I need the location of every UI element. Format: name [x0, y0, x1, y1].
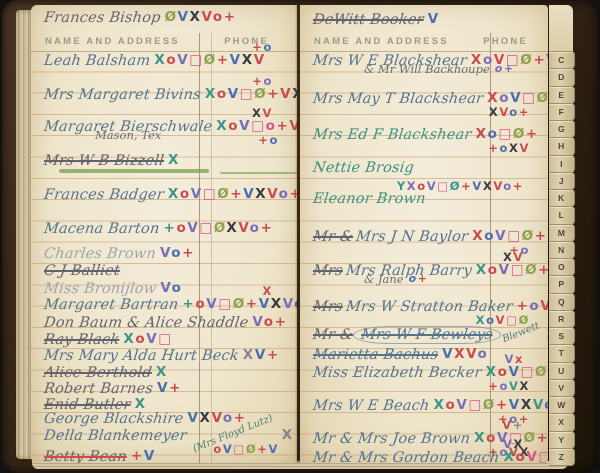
mark-glyph: X — [476, 126, 488, 142]
mark-glyph: X — [489, 105, 499, 119]
entry-row: Mrs W E BlackshearXoV□Ø+VV& Mr Will Back… — [312, 52, 548, 76]
tab-c[interactable]: C — [549, 51, 575, 69]
tab-k[interactable]: K — [549, 189, 575, 207]
mark-glyph: Ø — [535, 364, 548, 380]
mark-glyph: Ø — [254, 86, 267, 102]
mark-glyph: V — [509, 379, 520, 393]
left-page: NAME AND ADDRESS PHONE Frances BishopØVX… — [31, 5, 297, 463]
mark-glyph: + — [261, 220, 274, 236]
tab-v[interactable]: V — [549, 379, 575, 397]
mark-glyph: o — [266, 118, 277, 134]
mark-glyph: X — [271, 296, 283, 312]
mark-glyph: V — [187, 220, 199, 236]
entry-name: Marietta Bachus — [312, 347, 439, 363]
mark-glyph: X — [503, 250, 513, 264]
entry-name: George Blackshire — [43, 411, 184, 427]
mark-glyph: o — [417, 179, 427, 193]
tab-d[interactable]: D — [549, 68, 575, 86]
mark-glyph: + — [182, 245, 195, 261]
mark-glyph: V — [472, 179, 483, 193]
mark-glyph: Ø — [450, 179, 461, 193]
entry-name: Mrs Mary Alda Hurt Beck — [43, 348, 240, 364]
entry-name: Margaret Bierschwale — [43, 119, 213, 135]
entry-marks: +oV□Ø+VXVo — [182, 296, 297, 312]
mark-glyph: V — [428, 11, 440, 27]
mark-glyph: V — [243, 186, 255, 202]
mark-glyph: o — [269, 133, 279, 147]
mark-glyph: V — [238, 220, 249, 236]
mark-glyph: V — [502, 418, 513, 432]
mark-glyph: Y — [397, 179, 407, 193]
entry-marks: VXVo — [442, 346, 488, 362]
mark-glyph: + — [533, 52, 546, 68]
entry-marks: XoV□Ø+VX — [472, 228, 548, 244]
tab-q[interactable]: Q — [549, 293, 575, 311]
entry-marks: X — [282, 427, 294, 443]
mark-glyph: V — [230, 52, 242, 68]
mark-glyph: + — [488, 379, 499, 393]
mark-glyph: X — [168, 186, 180, 202]
mark-glyph: V — [503, 437, 514, 451]
mark-glyph: o — [509, 105, 519, 119]
entry-name: Ray Black — [43, 332, 120, 348]
mark-glyph: □ — [507, 228, 521, 244]
tab-m[interactable]: M — [549, 224, 575, 242]
entry-row: Margaret BierschwaleXoV□o+VXV+oMason, Te… — [43, 118, 297, 142]
mark-glyph: X — [509, 141, 519, 155]
mark-glyph: X — [407, 179, 417, 193]
mark-glyph: V — [157, 380, 169, 396]
mark-glyph: o — [529, 298, 540, 314]
mark-glyph: X — [503, 449, 515, 463]
mark-glyph: + — [267, 86, 280, 102]
mark-glyph: V — [442, 346, 454, 362]
entry-marks: Xo — [547, 326, 548, 342]
tab-t[interactable]: T — [549, 344, 575, 362]
mark-glyph: o — [176, 220, 187, 236]
mark-glyph: V — [254, 52, 266, 68]
entry-marks: Vx — [504, 352, 524, 366]
entry-name: Robert Barnes — [43, 381, 154, 397]
mark-glyph: □ — [189, 52, 203, 68]
mark-glyph: Ø — [513, 126, 526, 142]
entry-prefix-struck: Mrs — [312, 263, 344, 279]
entry-marks: XoV□Ø+ — [503, 449, 548, 463]
mark-glyph: + — [513, 418, 524, 432]
mark-glyph: + — [537, 430, 548, 446]
mark-glyph: X — [476, 262, 488, 278]
entry-marks: Vo+ — [160, 245, 195, 261]
mark-glyph: X — [520, 379, 530, 393]
entry-name: Mr & Mrs Gordon Beach — [312, 450, 500, 463]
entry-name: Margaret Bartran — [43, 297, 179, 313]
entry-marks: XoV□Ø — [486, 364, 548, 380]
mark-glyph: X — [123, 331, 135, 347]
entry-row: Mr & Mrs Gordon BeachXoV□Ø+VX — [312, 449, 548, 463]
mark-glyph: X — [282, 427, 294, 443]
mark-glyph: o — [503, 179, 513, 193]
crayon-scribble — [59, 169, 209, 173]
page-corner — [549, 5, 573, 52]
mark-glyph: X — [476, 313, 486, 327]
mark-glyph: □ — [437, 179, 449, 193]
entry-name: Miss Elizabeth Becker — [312, 365, 483, 381]
entry-row: Leah BalshamXoV□Ø+VXV+o — [43, 52, 297, 76]
entry-marks: V — [428, 11, 440, 27]
mark-glyph: V — [509, 397, 521, 413]
column-header-name-address: NAME AND ADDRESS — [45, 36, 180, 47]
mark-glyph: o — [500, 379, 510, 393]
mark-glyph: Ø — [483, 397, 496, 413]
mark-glyph: o — [446, 397, 457, 413]
entry-row: Mrs May T BlackshearXoV□Ø+VXVo+ — [312, 90, 548, 114]
mark-glyph: + — [526, 126, 539, 142]
mark-glyph: V — [533, 397, 544, 413]
entry-marks: +o — [252, 40, 273, 54]
entry-row: Mrs W B BizzellX — [43, 152, 297, 176]
mark-glyph: + — [224, 9, 237, 25]
mark-glyph: Ø — [523, 430, 536, 446]
mark-glyph: □ — [218, 296, 232, 312]
mark-glyph: o — [486, 313, 496, 327]
mark-glyph: X — [243, 347, 255, 363]
entry-prefix-struck: Mr & — [312, 229, 354, 245]
mark-glyph: V — [540, 298, 548, 314]
entry-row: Miss Elizabeth BeckerXoV□ØVx+oVX — [312, 364, 548, 388]
column-header-phone: PHONE — [483, 36, 528, 47]
right-page: NAME AND ADDRESS PHONE DeWitt BookerVMrs… — [300, 5, 548, 463]
mark-glyph: V — [456, 397, 468, 413]
entry-marks: VXVo+ — [187, 410, 246, 426]
mark-glyph: V — [280, 86, 292, 102]
mark-glyph: Ø — [522, 228, 535, 244]
mark-glyph: o — [484, 228, 495, 244]
tab-r[interactable]: R — [549, 310, 575, 328]
entry-marks: XV — [252, 106, 273, 120]
mark-glyph: + — [538, 262, 548, 278]
mark-glyph: o — [264, 314, 275, 330]
mark-glyph: + — [258, 133, 269, 147]
mark-glyph: o — [195, 296, 206, 312]
entry-marks: XoV□Ø+VX — [205, 86, 297, 102]
mark-glyph: V — [466, 346, 477, 362]
mark-glyph: V — [427, 179, 438, 193]
entry-marks: XoV□Ø+ — [476, 262, 548, 278]
entry-name: Mrs May T Blackshear — [312, 91, 484, 107]
entry-marks: +o — [252, 74, 273, 88]
mark-glyph: X — [168, 152, 180, 168]
mark-glyph: V — [513, 250, 524, 264]
tab-f[interactable]: F — [549, 103, 575, 121]
mark-glyph: □ — [240, 86, 254, 102]
mark-glyph: V — [202, 9, 213, 25]
entry-marks: +oXV — [488, 141, 530, 155]
mark-glyph: V — [509, 364, 521, 380]
mark-glyph: o — [263, 74, 273, 88]
tab-p[interactable]: P — [549, 275, 575, 293]
entry-marks: X — [168, 152, 180, 168]
mark-glyph: □ — [468, 397, 482, 413]
entry-marks: VX — [503, 437, 524, 451]
mark-glyph: + — [182, 296, 195, 312]
mark-glyph: □ — [203, 186, 217, 202]
entry-marks: X — [263, 284, 273, 298]
mark-glyph: V — [191, 186, 203, 202]
mark-glyph: + — [252, 74, 263, 88]
mark-glyph: V — [255, 347, 267, 363]
entry-prefix-struck: Mrs — [312, 299, 344, 315]
mark-glyph: V — [144, 448, 156, 463]
entry-name: Alice Berthold — [43, 365, 153, 381]
mark-glyph: o — [135, 331, 146, 347]
mark-glyph: V — [267, 186, 278, 202]
column-header-name-address: NAME AND ADDRESS — [314, 36, 449, 47]
entry-name: Miss Bronijlow — [43, 281, 157, 297]
mark-glyph: X — [486, 364, 498, 380]
entry-name: Mr & Mrs Joe Brown — [312, 431, 471, 447]
mark-glyph: X — [200, 410, 212, 426]
entry-name: DeWitt Booker — [312, 12, 425, 28]
entry-marks: YXoV□Ø+VXVo+ — [397, 179, 524, 193]
tab-n[interactable]: N — [549, 241, 575, 259]
entry-row: MrsMrs W Stratton Baker+oVXXoV□Ø — [312, 298, 548, 322]
mark-glyph: o — [495, 62, 504, 75]
mark-glyph: Ø — [233, 296, 246, 312]
mark-glyph: Ø — [165, 9, 178, 25]
entry-marks: XoV□ — [123, 331, 172, 347]
tab-u[interactable]: U — [549, 362, 575, 380]
mark-glyph: Ø — [525, 262, 538, 278]
mark-glyph: V — [177, 52, 189, 68]
entry-row: Mr &Mrs J N BaylorXoV□Ø+VX+o — [312, 228, 548, 252]
mark-glyph: X — [487, 90, 499, 106]
mark-glyph: V — [259, 296, 271, 312]
entry-marks: XV — [503, 250, 524, 264]
mark-glyph: o — [516, 449, 527, 463]
mark-glyph: □ — [251, 118, 265, 134]
mark-glyph: X — [454, 346, 466, 362]
mark-glyph: o — [166, 52, 177, 68]
entry-marks: XoV□o+V — [216, 118, 297, 134]
mark-glyph: X — [190, 9, 202, 25]
mark-glyph: V — [499, 262, 511, 278]
entry-row: MrsMrs Ralph BarryXoV□Ø+XV& Janeo+ — [312, 262, 548, 286]
entry-row: Frances BadgerXoV□Ø+VXVo+ — [43, 186, 297, 210]
mark-glyph: □ — [511, 262, 525, 278]
mark-glyph: o — [488, 126, 499, 142]
entry-marks: XVo+ — [489, 105, 530, 119]
entry-marks: Vo — [160, 280, 182, 296]
mark-glyph: V — [252, 314, 263, 330]
entry-name: Betty Bean — [43, 449, 128, 463]
mark-glyph: + — [217, 52, 230, 68]
tab-y[interactable]: Y — [549, 431, 575, 449]
entry-marks: +o — [258, 133, 279, 147]
tab-g[interactable]: G — [549, 120, 575, 138]
entry-name: C J Balliet — [43, 263, 121, 279]
mark-glyph: V — [283, 296, 294, 312]
mark-glyph: V — [493, 179, 503, 193]
mark-glyph: V — [228, 86, 240, 102]
mark-glyph: Ø — [204, 52, 217, 68]
mark-glyph: o — [171, 245, 182, 261]
mark-glyph: o — [544, 397, 548, 413]
mark-glyph: □ — [521, 364, 535, 380]
tab-w[interactable]: W — [549, 396, 575, 414]
mark-glyph: Ø — [537, 90, 549, 106]
mark-glyph: o — [228, 118, 239, 134]
mark-glyph: o — [217, 86, 228, 102]
mark-glyph: o — [477, 346, 488, 362]
entry-name: Mrs W F Bewleys — [352, 326, 502, 344]
entry-row: Betty Bean+V+oVX — [43, 448, 297, 463]
mark-glyph: V — [519, 141, 530, 155]
entry-name: Macena Barton — [43, 221, 160, 237]
entry-marks: XV+ — [243, 347, 280, 363]
mark-glyph: o — [213, 9, 224, 25]
entry-name: Mrs J N Baylor — [355, 229, 469, 245]
mark-glyph: X — [472, 228, 484, 244]
mark-glyph: X — [521, 397, 533, 413]
tab-h[interactable]: H — [549, 137, 575, 155]
entry-row: DeWitt BookerV — [312, 11, 548, 35]
entry-marks: o+ — [495, 62, 515, 75]
mark-glyph: V — [187, 410, 199, 426]
entry-row: Frances BishopØVXVo+ — [43, 9, 297, 33]
mark-glyph: + — [488, 141, 499, 155]
entry-marks: XoV□Ø+V — [487, 90, 548, 106]
tab-x[interactable]: X — [549, 413, 575, 431]
entry-prefix-struck: Mr & — [312, 327, 354, 343]
mark-glyph: + — [461, 179, 472, 193]
mark-glyph: V — [212, 410, 223, 426]
mark-glyph: + — [496, 397, 509, 413]
mark-glyph: V — [504, 352, 515, 366]
mark-glyph: o — [500, 141, 510, 155]
mark-glyph: Ø — [214, 220, 227, 236]
mark-glyph: V — [206, 296, 218, 312]
entry-name: Leah Balsham — [43, 53, 151, 69]
mark-glyph: X — [252, 106, 262, 120]
mark-glyph: + — [276, 118, 289, 134]
entry-marks: +V — [131, 448, 156, 463]
tab-i[interactable]: I — [549, 155, 575, 173]
entry-marks: XoV□Ø — [476, 313, 530, 327]
mark-glyph: o — [263, 40, 273, 54]
mark-glyph: V — [262, 106, 273, 120]
mark-glyph: o — [499, 90, 510, 106]
mark-glyph: o — [488, 262, 499, 278]
entry-marks: Vo+ — [252, 314, 287, 330]
mark-glyph: o — [223, 410, 234, 426]
mark-glyph: X — [474, 430, 486, 446]
mark-glyph: V — [160, 280, 171, 296]
mark-glyph: □ — [158, 331, 172, 347]
page-edges-left — [16, 10, 32, 459]
mark-glyph: V — [146, 331, 158, 347]
entry-name: Frances Bishop — [43, 10, 162, 26]
mark-glyph: o — [279, 186, 290, 202]
entry-marks: XoV□Ø+VXV — [154, 52, 265, 68]
entry-marks: +oV□ØXVo+ — [164, 220, 274, 236]
tab-s[interactable]: S — [549, 327, 575, 345]
mark-glyph: Ø — [520, 52, 533, 68]
mark-glyph: V — [495, 228, 507, 244]
mark-glyph: X — [263, 284, 273, 298]
mark-glyph: X — [154, 52, 166, 68]
mark-glyph: X — [547, 326, 548, 342]
alphabet-tab-index: CDEFGHIJKLMNOPQRSTUVWXYZ — [549, 52, 575, 466]
mark-glyph: □ — [199, 220, 213, 236]
mark-glyph: V — [496, 313, 507, 327]
entry-marks: Xo□Ø+ — [476, 126, 539, 142]
mark-glyph: □ — [538, 449, 548, 463]
mark-glyph: X — [216, 118, 228, 134]
entry-name: Mrs Margaret Bivins — [43, 87, 202, 103]
tab-z[interactable]: Z — [549, 448, 575, 466]
entry-name: Mrs W B Bizzell — [43, 153, 165, 169]
entry-name: Don Baum & Alice Shaddle — [43, 315, 249, 331]
entry-marks: X — [156, 364, 168, 380]
mark-glyph: o — [498, 364, 509, 380]
mark-glyph: + — [169, 380, 182, 396]
mark-glyph: + — [230, 186, 243, 202]
mark-glyph: V — [546, 52, 548, 68]
mark-glyph: + — [513, 179, 524, 193]
mark-glyph: Ø — [217, 186, 230, 202]
mark-glyph: + — [267, 347, 280, 363]
mark-glyph: □ — [522, 90, 536, 106]
tab-j[interactable]: J — [549, 172, 575, 190]
mark-glyph: X — [255, 186, 267, 202]
entry-name: Mrs Ralph Barry — [345, 263, 473, 279]
entry-name: Mrs W E Blackshear — [312, 53, 468, 69]
mark-glyph: V — [499, 105, 509, 119]
mark-glyph: o — [486, 430, 497, 446]
book-cover: NAME AND ADDRESS PHONE Frances BishopØVX… — [2, 0, 598, 473]
mark-glyph: X — [205, 86, 217, 102]
tab-o[interactable]: O — [549, 258, 575, 276]
mark-glyph: + — [275, 314, 288, 330]
mark-glyph: + — [164, 220, 177, 236]
mark-glyph: o — [180, 186, 191, 202]
entry-row: Macena Barton+oV□ØXVo+ — [43, 220, 297, 244]
mark-glyph: + — [516, 298, 529, 314]
entry-name: Eleanor Brown — [312, 191, 427, 207]
mark-glyph: X — [156, 364, 168, 380]
mark-glyph: X — [242, 52, 254, 68]
mark-glyph: V — [510, 90, 522, 106]
entry-name: Charles Brown — [43, 246, 157, 262]
mark-glyph: X — [483, 179, 493, 193]
entry-marks: +oVX — [488, 379, 530, 393]
mark-glyph: + — [504, 62, 515, 75]
tab-e[interactable]: E — [549, 86, 575, 104]
entry-marks: V+ — [157, 380, 182, 396]
entry-name: Mrs Ed F Blackshear — [312, 127, 473, 143]
entry-marks: XoV□Ø+VXVo — [433, 397, 548, 413]
mark-glyph: + — [246, 296, 259, 312]
mark-glyph: o — [250, 220, 261, 236]
entry-marks: XoV□Ø+VXVo+ — [168, 186, 297, 202]
mark-glyph: + — [252, 40, 263, 54]
entry-name: Mrs W E Beach — [312, 398, 430, 414]
mark-glyph: + — [519, 105, 530, 119]
mark-glyph: o — [172, 280, 183, 296]
tab-l[interactable]: L — [549, 206, 575, 224]
mark-glyph: + — [535, 228, 548, 244]
mark-glyph: V — [239, 118, 251, 134]
